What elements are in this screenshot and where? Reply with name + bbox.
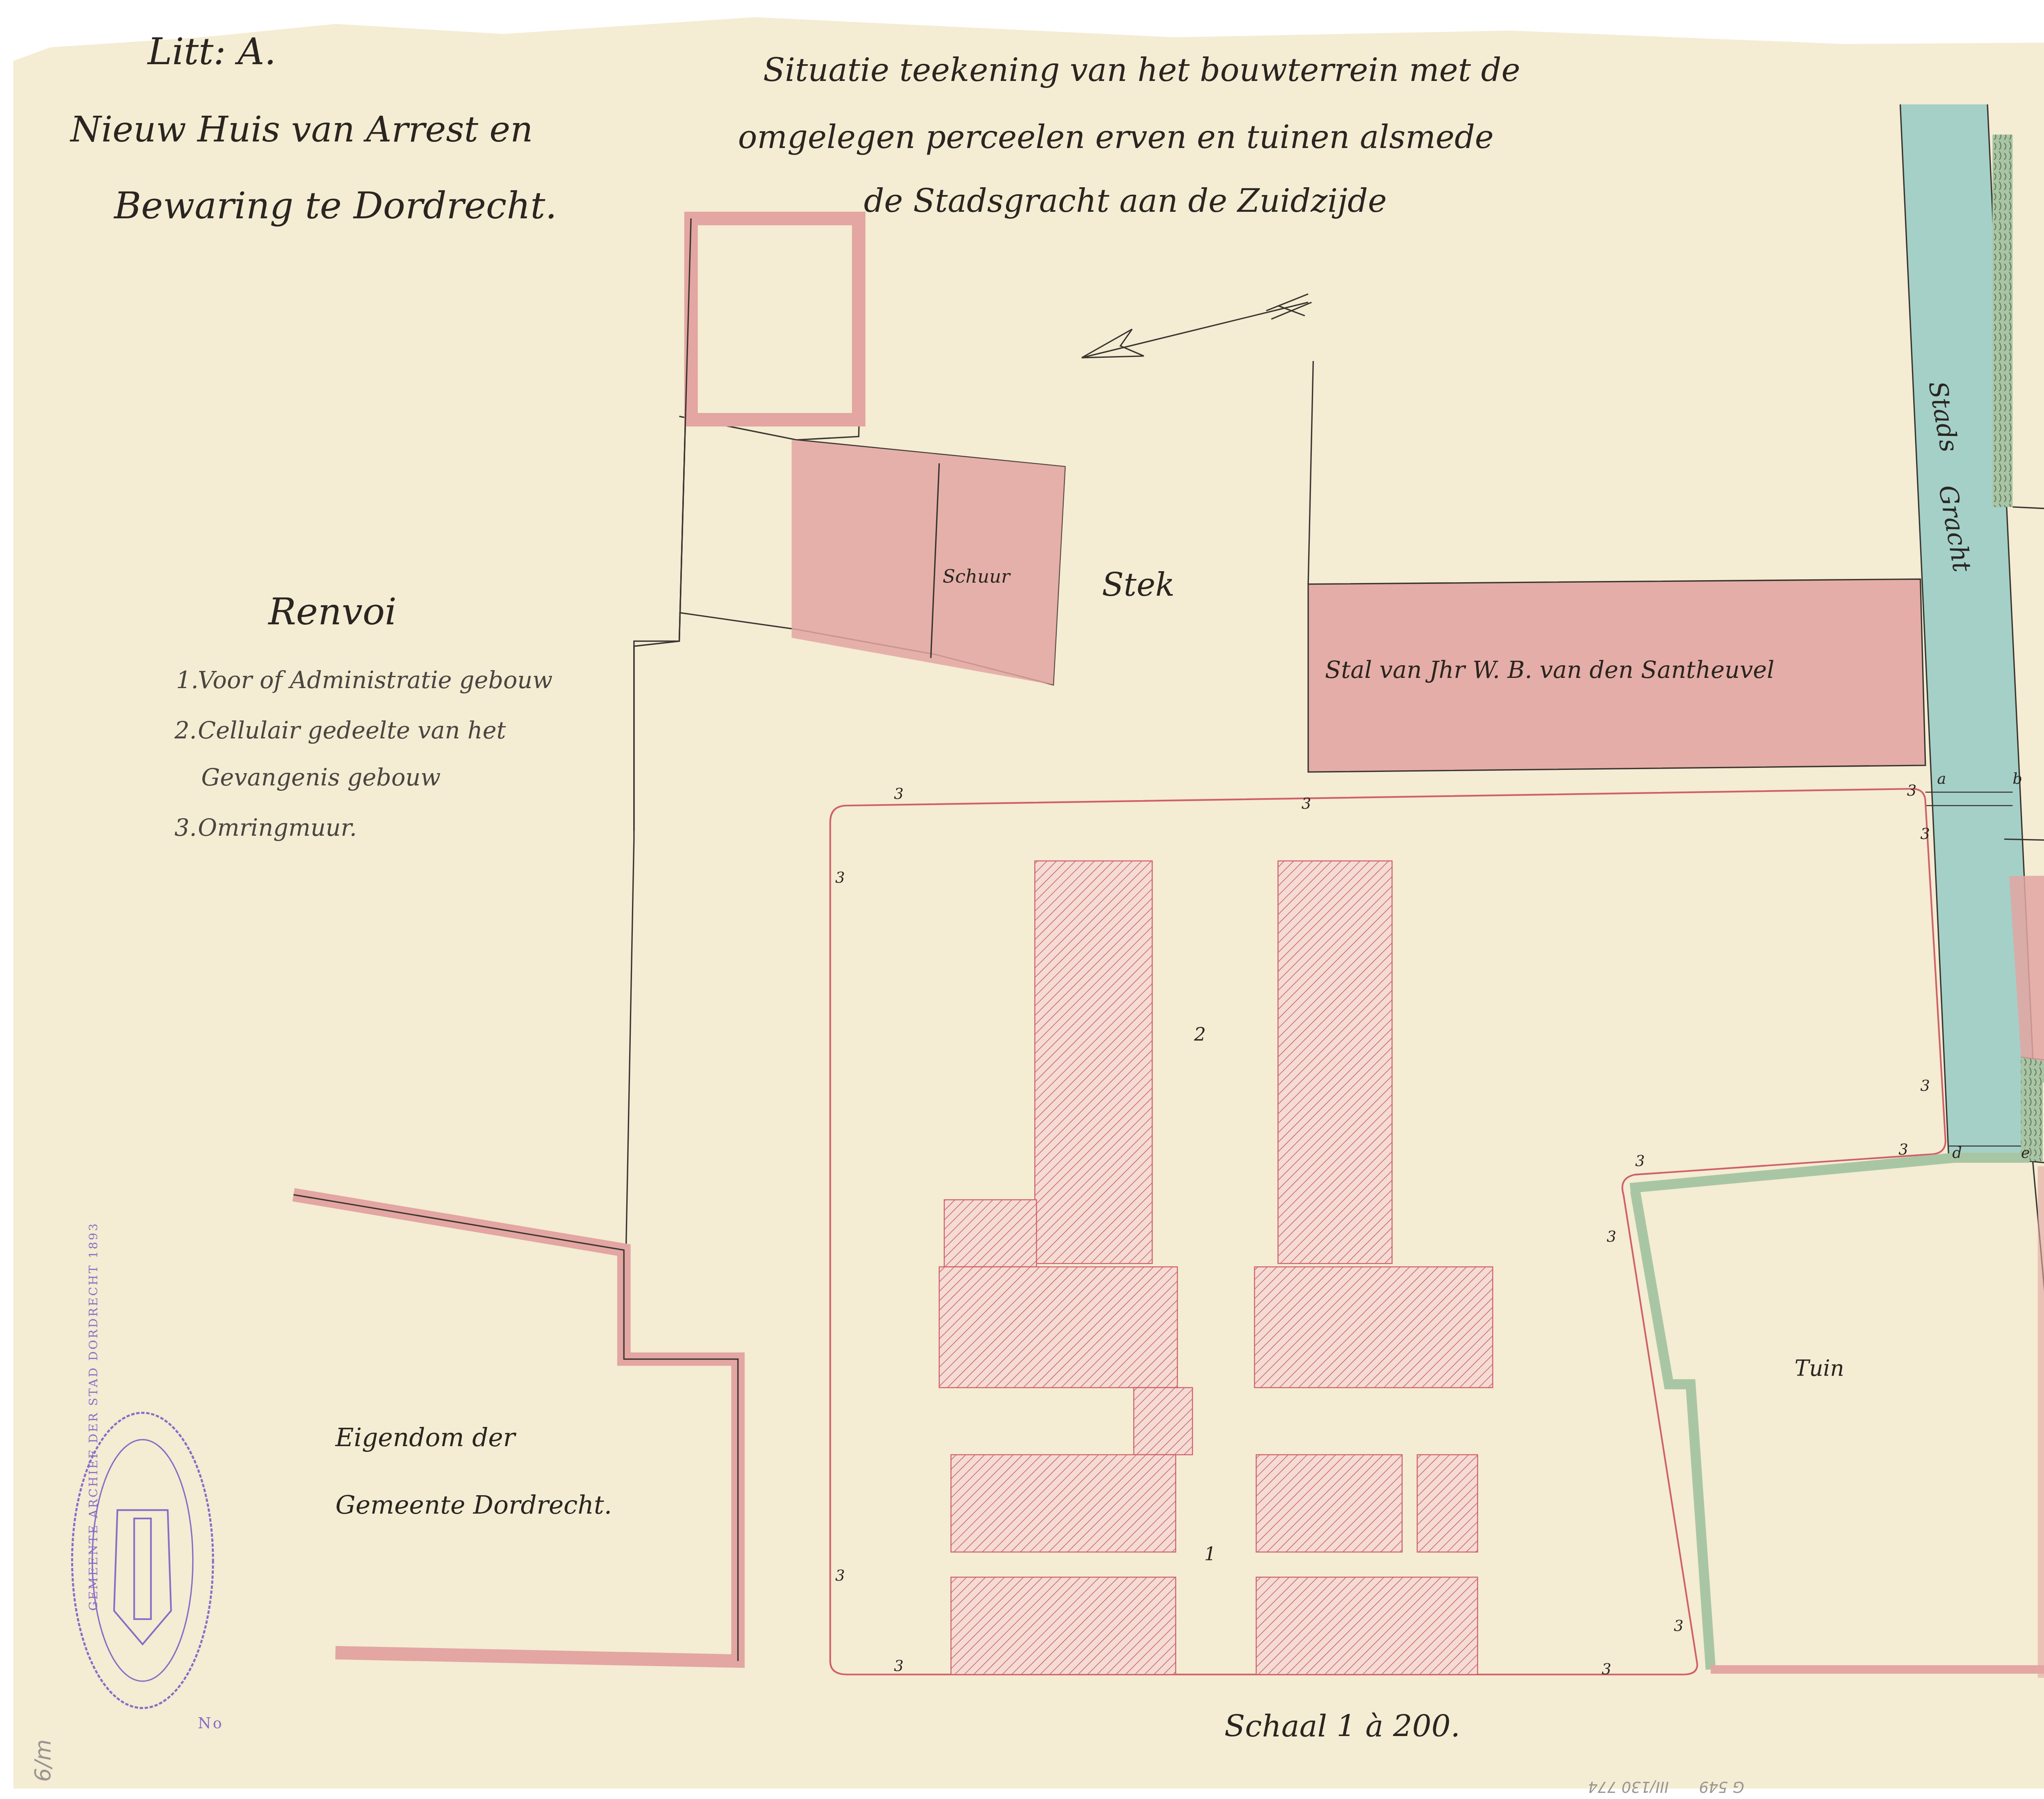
marker-b: b [2013, 770, 2022, 787]
marker-a: a [1937, 770, 1946, 787]
building-number-1: 1 [1204, 1543, 1216, 1565]
svg-text:3: 3 [1907, 782, 1916, 799]
pencil-margin-note: 6/m [30, 1739, 56, 1782]
label-stek: Stek [1102, 567, 1174, 603]
svg-text:3: 3 [1921, 1077, 1930, 1095]
svg-text:3: 3 [835, 869, 845, 886]
legend-item-2b: Gevangenis gebouw [201, 764, 441, 791]
legend-num-3: 3. [175, 814, 197, 841]
legend-num-1: 1. [176, 666, 199, 694]
site-plan-sheet: Litt: A. Nieuw Huis van Arrest en Bewari… [0, 0, 2044, 1799]
svg-text:3: 3 [1898, 1141, 1908, 1158]
svg-text:3: 3 [1607, 1228, 1616, 1245]
pencil-inventory-1: G 549 [1699, 1778, 1744, 1796]
hedge-top [1992, 135, 2013, 507]
label-eigendom-2: Gemeente Dordrecht. [336, 1490, 612, 1520]
marker-d: d [1952, 1144, 1962, 1162]
svg-text:3: 3 [894, 1657, 903, 1675]
scale-label: Schaal 1 à 200. [1224, 1709, 1460, 1744]
legend-item-1: Voor of Administratie gebouw [198, 666, 553, 694]
project-title-line2: Bewaring te Dordrecht. [113, 184, 557, 227]
label-eigendom-1: Eigendom der [335, 1423, 517, 1452]
legend-title: Renvoi [267, 590, 397, 633]
marker-e: e [2021, 1144, 2030, 1162]
svg-text:3: 3 [1674, 1617, 1683, 1635]
svg-text:3: 3 [1302, 795, 1311, 812]
label-stal: Stal van Jhr W. B. van den Santheuvel [1325, 656, 1774, 684]
label-schuur: Schuur [943, 565, 1011, 587]
plan-title-line1: Situatie teekening van het bouwterrein m… [763, 52, 1520, 89]
svg-text:3: 3 [1602, 1660, 1611, 1678]
stamp-no: No [198, 1714, 224, 1732]
building-number-2: 2 [1194, 1023, 1206, 1045]
svg-text:3: 3 [1921, 825, 1930, 843]
pencil-inventory-2: III/130 774 [1588, 1778, 1669, 1796]
svg-text:3: 3 [835, 1567, 845, 1584]
project-title-line1: Nieuw Huis van Arrest en [69, 109, 533, 150]
sheet-letter: Litt: A. [147, 30, 276, 73]
legend-num-2: 2. [174, 717, 197, 744]
legend-item-3: Omringmuur. [198, 814, 357, 841]
plan-title-line3: de Stadsgracht aan de Zuidzijde [864, 183, 1387, 220]
svg-text:GEMEENTE ARCHIEF DER STAD DORD: GEMEENTE ARCHIEF DER STAD DORDRECHT 1893 [86, 1222, 100, 1611]
legend-item-2: Cellulair gedeelte van het [198, 717, 506, 744]
plan-title-line2: omgelegen perceelen erven en tuinen alsm… [738, 119, 1494, 156]
svg-text:3: 3 [1635, 1152, 1645, 1170]
svg-text:3: 3 [894, 785, 903, 803]
label-tuin-bottom: Tuin [1795, 1355, 1844, 1381]
